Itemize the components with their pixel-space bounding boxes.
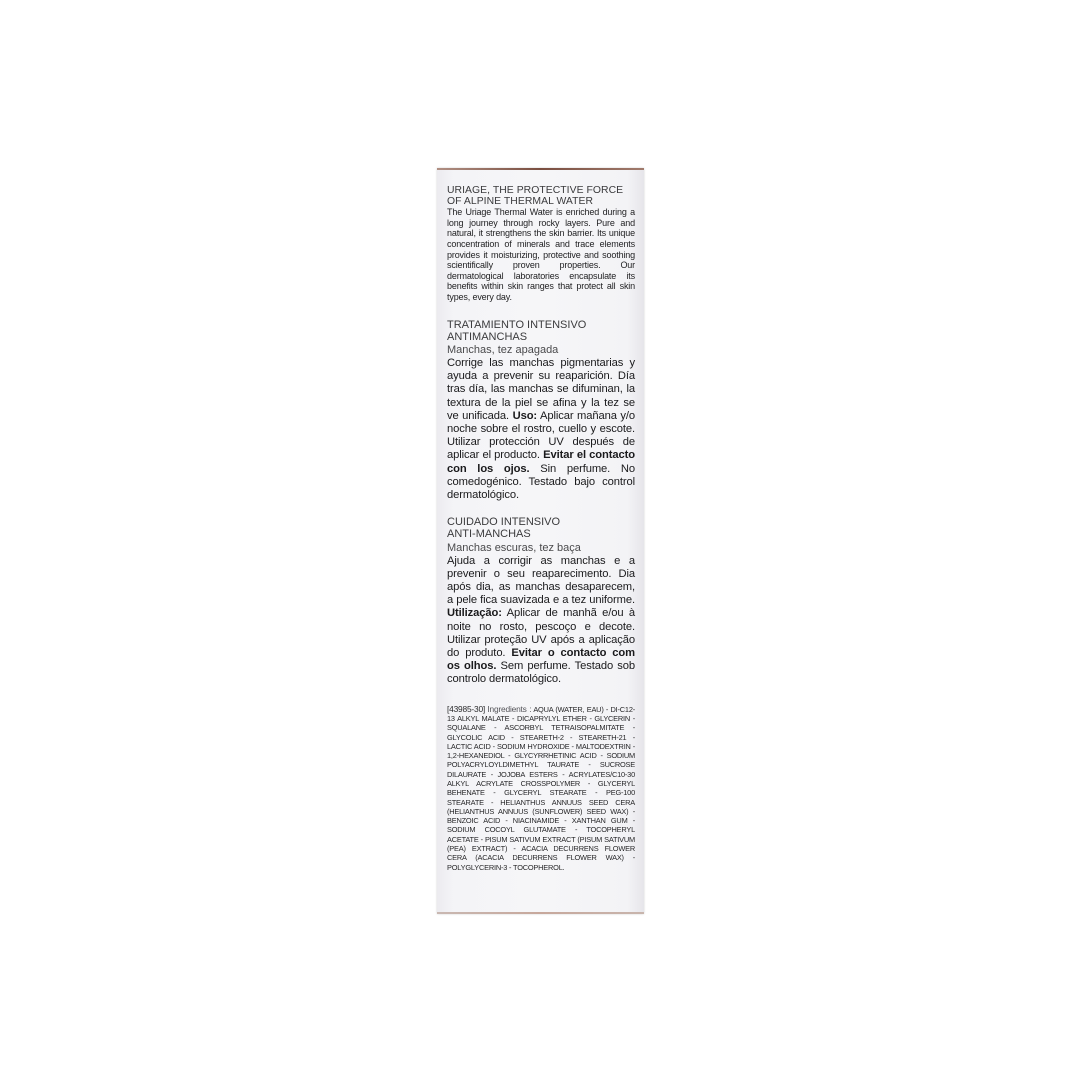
intro-heading-line1: URIAGE, THE PROTECTIVE FORCE — [447, 186, 635, 197]
spanish-heading-line1: TRATAMIENTO INTENSIVO — [447, 319, 635, 331]
ingredients-list: [43985-30] Ingredients : AQUA (WATER, EA… — [447, 705, 635, 872]
product-box-side-panel: URIAGE, THE PROTECTIVE FORCE OF ALPINE T… — [437, 168, 644, 914]
intro-section: URIAGE, THE PROTECTIVE FORCE OF ALPINE T… — [447, 186, 635, 303]
intro-heading-line2: OF ALPINE THERMAL WATER — [447, 197, 635, 208]
box-text-content: URIAGE, THE PROTECTIVE FORCE OF ALPINE T… — [447, 186, 635, 872]
spanish-subtitle: Manchas, tez apagada — [447, 344, 635, 357]
portuguese-section: CUIDADO INTENSIVO ANTI-MANCHAS Manchas e… — [447, 516, 635, 686]
ingredients-label: Ingredients : — [487, 704, 531, 714]
spanish-body: Corrige las manchas pigmentarias y ayuda… — [447, 357, 635, 502]
portuguese-heading-line2: ANTI-MANCHAS — [447, 528, 635, 540]
spanish-section: TRATAMIENTO INTENSIVO ANTIMANCHAS Mancha… — [447, 319, 635, 503]
intro-body: The Uriage Thermal Water is enriched dur… — [447, 207, 635, 302]
portuguese-subtitle: Manchas escuras, tez baça — [447, 542, 635, 555]
product-code: [43985-30] — [447, 704, 485, 714]
spanish-heading-line2: ANTIMANCHAS — [447, 331, 635, 343]
portuguese-heading-line1: CUIDADO INTENSIVO — [447, 516, 635, 528]
portuguese-body-part1: Ajuda a corrigir as manchas e a prevenir… — [447, 555, 635, 607]
spanish-usage-label: Uso: — [513, 410, 537, 422]
box-top-edge — [437, 168, 644, 170]
portuguese-usage-label: Utilização: — [447, 607, 502, 619]
portuguese-body: Ajuda a corrigir as manchas e a prevenir… — [447, 555, 635, 687]
ingredients-text: AQUA (WATER, EAU) - DI-C12-13 ALKYL MALA… — [447, 705, 635, 872]
box-bottom-edge — [437, 912, 644, 914]
